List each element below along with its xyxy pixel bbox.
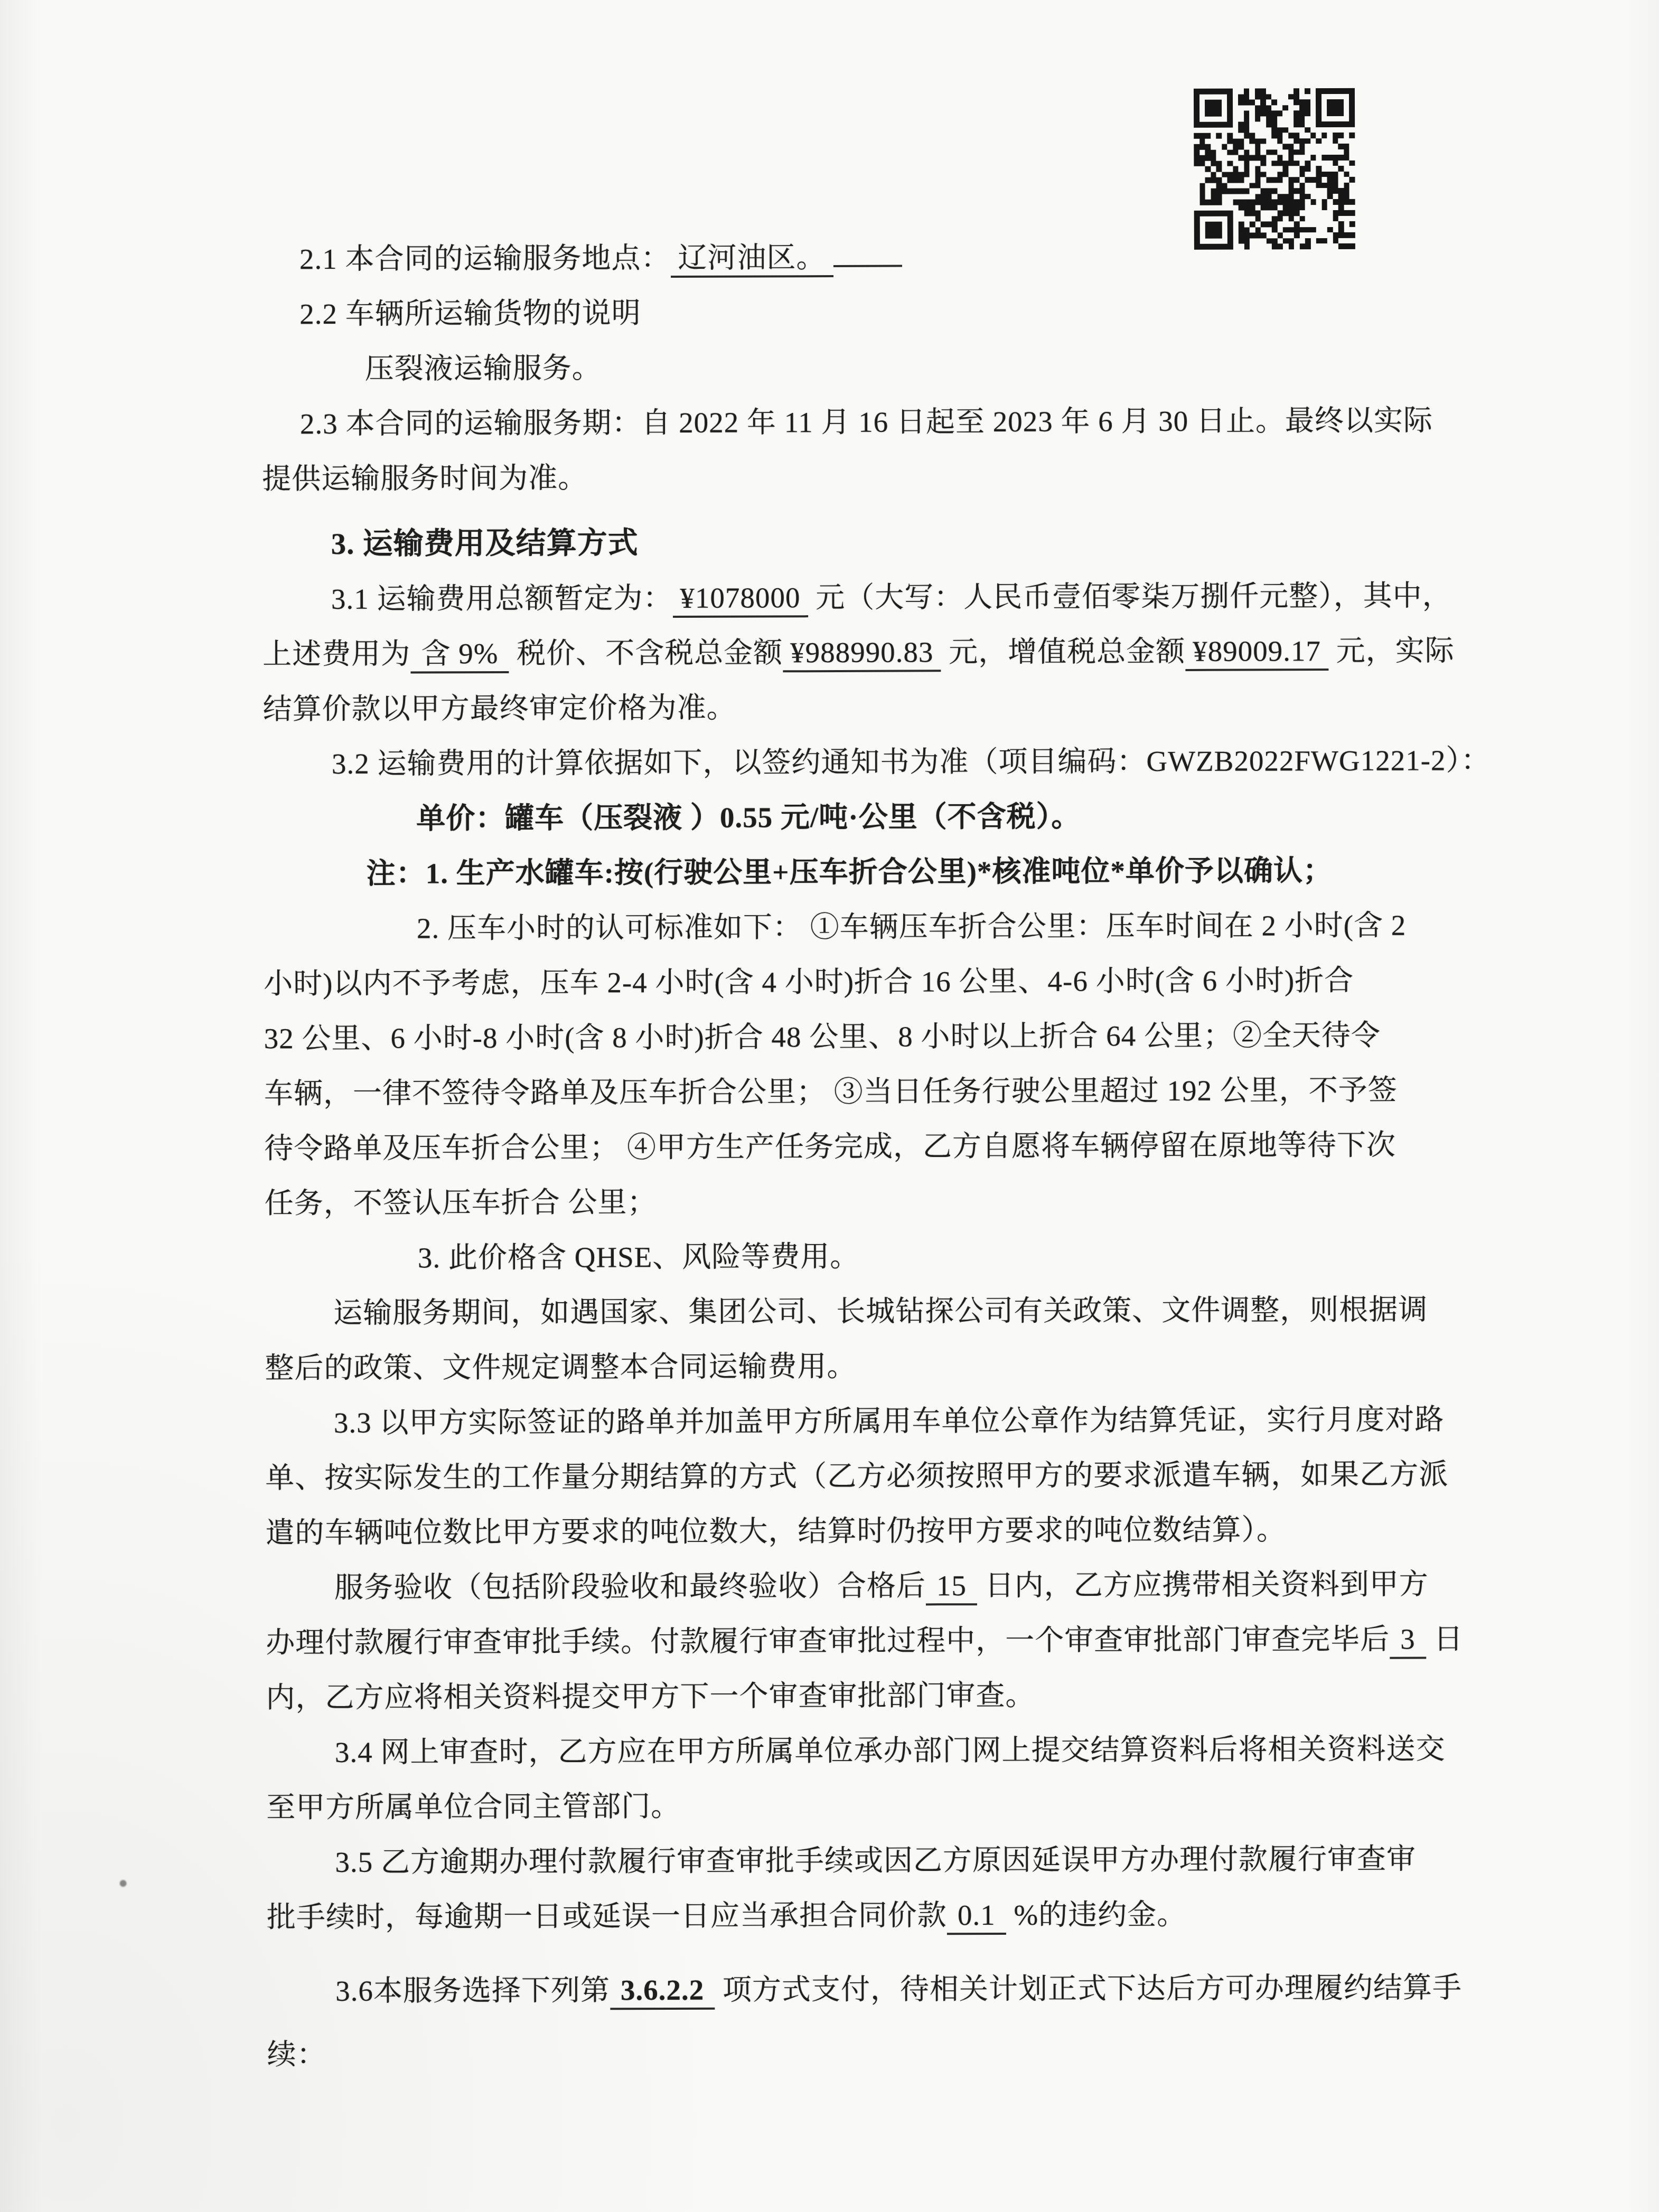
clause-3-6-text-2: 项方式支付，待相关计划正式下达后方可办理履约结算手: [715, 1971, 1462, 2006]
service-location-value: 辽河油区。: [670, 241, 833, 278]
tax-rate-value: 含 9%: [410, 637, 509, 674]
note-2-cont-5-text: 任务，不签认压车折合 公里；: [264, 1186, 657, 1219]
acceptance-text: 服务验收（包括阶段验收和最终验收）合格后: [334, 1569, 926, 1604]
clause-2-2: 2.2 车辆所运输货物的说明: [261, 284, 1408, 342]
note-2-line: 2. 压车小时的认可标准如下： ①车辆压车折合公里：压车时间在 2 小时(含 2: [264, 898, 1410, 957]
clause-3-6-cont-text: 续：: [267, 2038, 326, 2070]
clause-3-3-text: 3.3 以甲方实际签证的路单并加盖甲方所属用车单位公章作为结算凭证，实行月度对路: [334, 1403, 1445, 1439]
acceptance-cont-2-text: 内，乙方应将相关资料提交甲方下一个审查审批部门审查。: [266, 1679, 1035, 1714]
clause-3-4-cont: 至甲方所属单位合同主管部门。: [266, 1777, 1412, 1836]
clause-3-3-cont-2-text: 遣的车辆吨位数比甲方要求的吨位数大，结算时仍按甲方要求的吨位数结算）。: [265, 1513, 1286, 1549]
clause-3-1-cont-1-text-3: 元，增值税总金额: [941, 635, 1185, 668]
contract-text-block: 2.1 本合同的运输服务地点：辽河油区。 2.2 车辆所运输货物的说明 压裂液运…: [261, 229, 1413, 2083]
clause-3-2-text: 3.2 运输费用的计算依据如下，以签约通知书为准（项目编码：GWZB2022FW…: [332, 744, 1491, 780]
policy-adjust-text: 运输服务期间，如遇国家、集团公司、长城钻探公司有关政策、文件调整，则根据调: [333, 1293, 1428, 1329]
clause-3-1-cont-1-text: 上述费用为: [263, 637, 410, 670]
clause-3-5-cont: 批手续时，每逾期一日或延误一日应当承担合同价款0.1 %的违约金。: [267, 1887, 1413, 1945]
underline-extension: [833, 260, 902, 267]
note-2-cont-4: 待令路单及压车折合公里； ④甲方生产任务完成，乙方自愿将车辆停留在原地等待下次: [264, 1118, 1410, 1176]
note-2-text: 2. 压车小时的认可标准如下： ①车辆压车折合公里：压车时间在 2 小时(含 2: [417, 909, 1407, 945]
note-2-cont-2: 32 公里、6 小时-8 小时(含 8 小时)折合 48 公里、8 小时以上折合…: [264, 1008, 1410, 1067]
acceptance-cont-2: 内，乙方应将相关资料提交甲方下一个审查审批部门审查。: [266, 1667, 1412, 1726]
penalty-rate-value: 0.1: [947, 1899, 1006, 1935]
policy-adjust-cont-text: 整后的政策、文件规定调整本合同运输费用。: [265, 1350, 856, 1385]
note-2-cont-1-text: 小时)以内不予考虑，压车 2-4 小时(含 4 小时)折合 16 公里、4-6 …: [264, 964, 1354, 1000]
clause-3-6-cont: 续：: [267, 2024, 1413, 2083]
acceptance-cont-1-text-2: 日: [1426, 1623, 1464, 1655]
qr-code: [1194, 88, 1355, 250]
cargo-description: 压裂液运输服务。: [261, 338, 1408, 397]
note-2-cont-5: 任务，不签认压车折合 公里；: [264, 1173, 1410, 1231]
clause-3-5-text: 3.5 乙方逾期办理付款履行审查审批手续或因乙方原因延误甲方办理付款履行审查审: [335, 1843, 1416, 1878]
acceptance-cont-1-text: 办理付款履行审查审批手续。付款履行审查审批过程中，一个审查审批部门审查完毕后: [266, 1623, 1390, 1659]
unit-price-text: 单价：罐车（压裂液 ）0.55 元/吨·公里（不含税）。: [416, 801, 1081, 835]
clause-2-3: 2.3 本合同的运输服务期：自 2022 年 11 月 16 日起至 2023 …: [262, 393, 1408, 452]
clause-3-1-cont-1-text-2: 税价、不含税总金额: [509, 636, 783, 670]
note-1-line: 注：1. 生产水罐车:按(行驶公里+压车折合公里)*核准吨位*单价予以确认；: [263, 843, 1409, 902]
acceptance-text-2: 日内，乙方应携带相关资料到甲方: [977, 1568, 1429, 1602]
review-days-value: 3: [1390, 1623, 1426, 1659]
clause-2-3-cont-text: 提供运输服务时间为准。: [262, 462, 587, 495]
clause-3-1-text: 3.1 运输费用总额暂定为：: [331, 582, 673, 615]
clause-3-1-text-2: 元（大写：人民币壹佰零柒万捌仟元整），其中，: [808, 579, 1451, 614]
clause-3-2: 3.2 运输费用的计算依据如下，以签约通知书为准（项目编码：GWZB2022FW…: [263, 733, 1409, 792]
acceptance-cont-1: 办理付款履行审查审批手续。付款履行审查审批过程中，一个审查审批部门审查完毕后3 …: [266, 1612, 1412, 1671]
scanned-sheet: 2.1 本合同的运输服务地点：辽河油区。 2.2 车辆所运输货物的说明 压裂液运…: [0, 0, 1659, 2212]
note-2-cont-3-text: 车辆，一律不签待令路单及压车折合公里； ③当日任务行驶公里超过 192 公里，不…: [264, 1074, 1398, 1110]
clause-3-1-cont-2-text: 结算价款以甲方最终审定价格为准。: [263, 692, 736, 726]
clause-3-1-cont-1-text-4: 元，实际: [1328, 634, 1455, 667]
cargo-description-text: 压裂液运输服务。: [365, 352, 602, 384]
clause-3-3-cont-1-text: 单、按实际发生的工作量分期结算的方式（乙方必须按照甲方的要求派遣车辆，如果乙方派: [265, 1458, 1448, 1494]
clause-3-5-cont-text: 批手续时，每逾期一日或延误一日应当承担合同价款: [267, 1899, 947, 1933]
clause-3-4: 3.4 网上审查时，乙方应在甲方所属单位承办部门网上提交结算资料后将相关资料送交: [266, 1722, 1412, 1781]
untaxed-amount-value: ¥988990.83: [783, 636, 941, 672]
clause-3-3-cont-1: 单、按实际发生的工作量分期结算的方式（乙方必须按照甲方的要求派遣车辆，如果乙方派: [265, 1447, 1411, 1506]
clause-2-3-text: 2.3 本合同的运输服务期：自 2022 年 11 月 16 日起至 2023 …: [300, 404, 1433, 440]
clause-3-5-cont-text-2: %的违约金。: [1006, 1898, 1186, 1931]
clause-3-5: 3.5 乙方逾期办理付款履行审查审批手续或因乙方原因延误甲方办理付款履行审查审: [266, 1832, 1412, 1890]
document-page: 2.1 本合同的运输服务地点：辽河油区。 2.2 车辆所运输货物的说明 压裂液运…: [0, 0, 1659, 2212]
note-2-cont-4-text: 待令路单及压车折合公里； ④甲方生产任务完成，乙方自愿将车辆停留在原地等待下次: [264, 1129, 1396, 1165]
clause-3-4-cont-text: 至甲方所属单位合同主管部门。: [266, 1790, 680, 1823]
policy-adjust-cont: 整后的政策、文件规定调整本合同运输费用。: [265, 1338, 1411, 1396]
clause-2-1: 2.1 本合同的运输服务地点：辽河油区。: [261, 229, 1408, 287]
unit-price-line: 单价：罐车（压裂液 ）0.55 元/吨·公里（不含税）。: [263, 788, 1409, 847]
vat-amount-value: ¥89009.17: [1185, 635, 1328, 671]
note-2-cont-3: 车辆，一律不签待令路单及压车折合公里； ③当日任务行驶公里超过 192 公里，不…: [264, 1063, 1410, 1122]
clause-3-1-cont-1: 上述费用为含 9% 税价、不含税总金额¥988990.83 元，增值税总金额¥8…: [263, 624, 1409, 682]
clause-3-1: 3.1 运输费用总额暂定为：¥1078000 元（大写：人民币壹佰零柒万捌仟元整…: [263, 569, 1409, 627]
clause-3-3: 3.3 以甲方实际签证的路单并加盖甲方所属用车单位公章作为结算凭证，实行月度对路: [265, 1392, 1411, 1451]
note-1-text: 注：1. 生产水罐车:按(行驶公里+压车折合公里)*核准吨位*单价予以确认；: [367, 854, 1333, 890]
clause-3-4-text: 3.4 网上审查时，乙方应在甲方所属单位承办部门网上提交结算资料后将相关资料送交: [335, 1733, 1446, 1768]
clause-3-6: 3.6本服务选择下列第3.6.2.2 项方式支付，待相关计划正式下达后方可办理履…: [267, 1961, 1413, 2019]
note-3-line: 3. 此价格含 QHSE、风险等费用。: [265, 1228, 1411, 1286]
policy-adjust-line: 运输服务期间，如遇国家、集团公司、长城钻探公司有关政策、文件调整，则根据调: [265, 1283, 1411, 1341]
section-3-heading-text: 3. 运输费用及结算方式: [331, 526, 639, 561]
clause-3-6-text: 3.6本服务选择下列第: [335, 1974, 610, 2007]
total-amount-value: ¥1078000: [672, 581, 808, 618]
clause-2-2-text: 2.2 车辆所运输货物的说明: [299, 297, 641, 330]
payment-clause-ref: 3.6.2.2: [610, 1974, 715, 2010]
section-3-heading: 3. 运输费用及结算方式: [262, 514, 1408, 572]
clause-2-1-text: 2.1 本合同的运输服务地点：: [299, 242, 671, 275]
note-3-text: 3. 此价格含 QHSE、风险等费用。: [418, 1240, 860, 1274]
acceptance-days-value: 15: [926, 1569, 977, 1605]
acceptance-line: 服务验收（包括阶段验收和最终验收）合格后15 日内，乙方应携带相关资料到甲方: [266, 1557, 1412, 1616]
scan-artifact-speck: [120, 1880, 127, 1887]
note-2-cont-2-text: 32 公里、6 小时-8 小时(含 8 小时)折合 48 公里、8 小时以上折合…: [264, 1019, 1381, 1055]
clause-2-3-cont: 提供运输服务时间为准。: [262, 448, 1408, 507]
clause-3-1-cont-2: 结算价款以甲方最终审定价格为准。: [263, 679, 1409, 737]
note-2-cont-1: 小时)以内不予考虑，压车 2-4 小时(含 4 小时)折合 16 公里、4-6 …: [264, 953, 1410, 1012]
clause-3-3-cont-2: 遣的车辆吨位数比甲方要求的吨位数大，结算时仍按甲方要求的吨位数结算）。: [265, 1502, 1411, 1561]
